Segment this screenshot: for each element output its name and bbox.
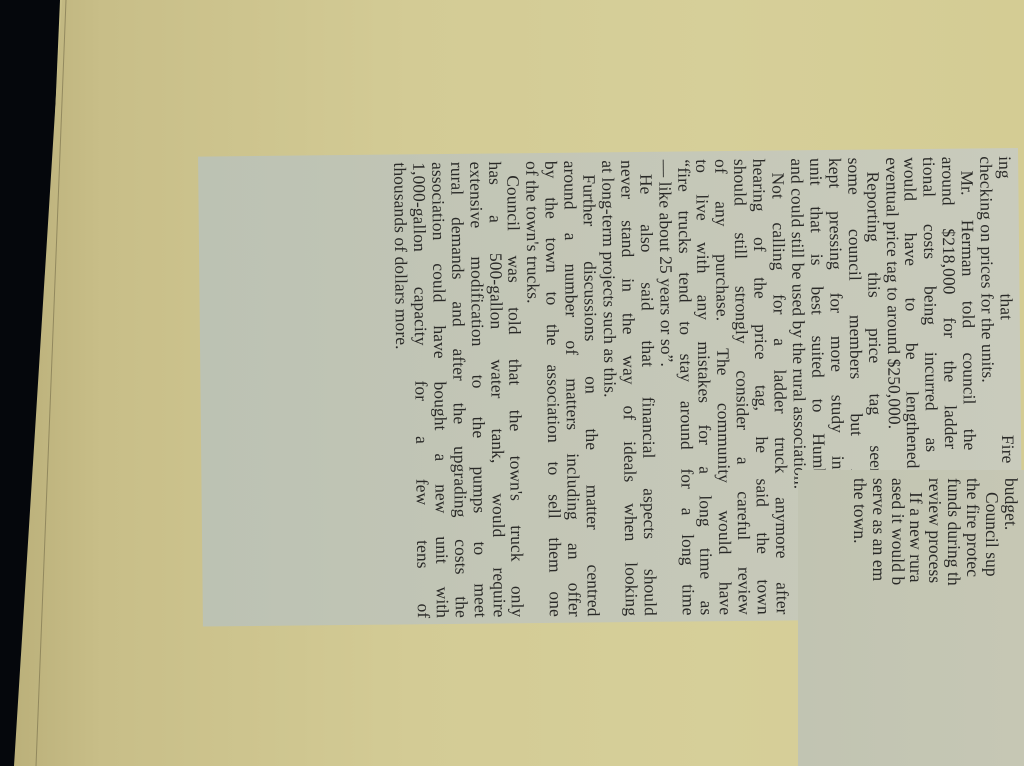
article-line: serve as an em [869, 478, 888, 764]
article-line: budget. [1001, 478, 1020, 764]
article-side-column: budget.Council supthe fire protecfunds d… [798, 470, 1024, 766]
article-line: Council sup [982, 478, 1001, 764]
article-line: If a new rura [907, 478, 926, 764]
article-line: review process [925, 478, 944, 764]
article-line: thousands of dollars more. [390, 162, 414, 618]
article-line: never stand in the way of ideals when lo… [617, 160, 641, 616]
article-line: ased it would b [888, 478, 907, 764]
article-line: “fire trucks tend to stay around for a l… [674, 159, 698, 615]
article-line: the fire protec [963, 478, 982, 764]
newspaper-clipping: ing that Fire Ch...checking on prices fo… [184, 0, 1024, 766]
article-line: the town. [850, 478, 869, 764]
article-line: funds during th [944, 478, 963, 764]
article-line: by the town to the association to sell t… [541, 161, 565, 617]
article-line: 1,000-gallon capacity for a few tens of [409, 162, 433, 618]
